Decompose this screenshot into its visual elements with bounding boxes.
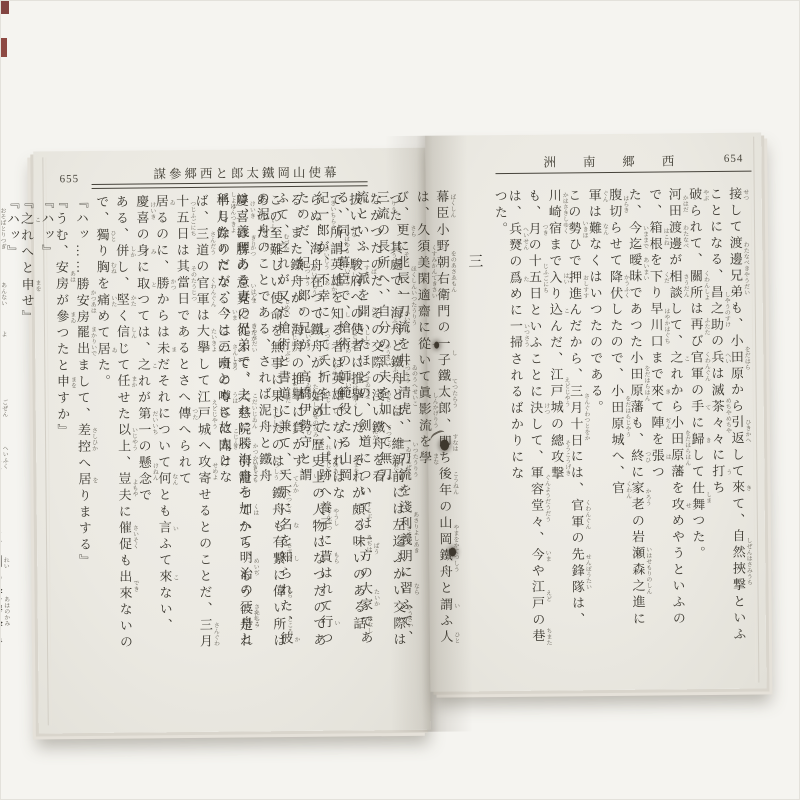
text-column: び、更さらに北辰一刀流ほくしんいつたうりうを井上清虎ゐのうへせいこ、一刀流いつた… xyxy=(376,190,420,662)
text-column: は、義理ぎりある妻つまの兄弟きやうだいで、之これに勝海舟かつかいしうを加くはへて… xyxy=(216,191,260,663)
running-title-right: 洲南郷西 xyxy=(543,151,701,171)
text-column: ふて、之これが又また槍術さうじゆつと書道しよだうに兼かねて、天下てんかに名なを知… xyxy=(256,191,300,663)
text-column: 河田かはだ渡邊わたなべが相談さうだんして、之これから小田原藩をだはらはんを攻せめ… xyxy=(648,187,692,659)
text-column: も、月つきの十五日じふごにちといふことに決けつして、軍容堂々ぐんようだうだう、今… xyxy=(508,189,552,661)
stitch-hole xyxy=(434,342,439,349)
right-page-text: 接せつして渡邊兄弟わたなべきやうだいも、小田原をだはらから引返ひきかへして來きて… xyxy=(436,187,753,662)
text-column: この勢いきほひで押進おしすすんだから、三月十日さんぐわつとをかには、官軍くわんぐ… xyxy=(548,188,592,660)
text-column: ある、併しかし、堅かたく信しんじて任まかせた以上いじやう、豈夫よもやに催促さいそ… xyxy=(95,195,138,659)
page-number-right: 654 xyxy=(724,153,744,165)
running-title-left: 謀參郷西と郎太鐵岡山使幕 xyxy=(153,163,339,183)
edge-stamp-mark xyxy=(0,0,9,14)
right-page: 654 洲南郷西 接せつして渡邊兄弟わたなべきやうだいも、小田原をだはらから引返… xyxy=(425,133,766,692)
header-rule xyxy=(92,181,368,189)
scanned-book-photo: 655 謀參郷西と郎太鐵岡山使幕 つた、其處そこで、海舟かいしうと鐵舟てつしうと… xyxy=(0,0,800,800)
book-spread: 655 謀參郷西と郎太鐵岡山使幕 つた、其處そこで、海舟かいしうと鐵舟てつしうと… xyxy=(33,133,767,736)
stitch-hole xyxy=(449,547,456,556)
section-marker: 三 xyxy=(466,189,486,661)
header-rule xyxy=(495,171,751,176)
edge-stamp-mark xyxy=(0,38,7,57)
text-column: た、今迄いままで曖昧あいまいであつた小田原藩をだはらはんも、終つひに家老かろうの… xyxy=(608,188,652,660)
text-column: 幕臣ばくしん小野朝右衛門をのあさゑもんの一子し鐵太郎てつたらう、即すなはち後年こ… xyxy=(416,189,460,661)
text-column: 流りうといふ一派ぱを開ひらいたほどの、劍道けんだうについては一方ぱうの大家たいか… xyxy=(336,190,380,662)
text-column: ば、三道さんだうの官軍くわんぐんは大擧たいきよして江戸城えどじやうへ攻寄せめよせ… xyxy=(175,194,218,658)
page-number-left: 655 xyxy=(59,173,79,185)
text-column: 紀一郎きいちらうが、不幸ふかうにして夭折えうせつを仕した、其跡そのあとへ養子やう… xyxy=(296,191,340,663)
text-column: 居ゐるのに、勝かつからは未まだそれについて何なんとも言いふて來こない、慶喜けいき… xyxy=(135,194,178,658)
text-column: 接せつして渡邊兄弟わたなべきやうだいも、小田原をだはらから引返ひきかへして來きて… xyxy=(709,187,753,659)
